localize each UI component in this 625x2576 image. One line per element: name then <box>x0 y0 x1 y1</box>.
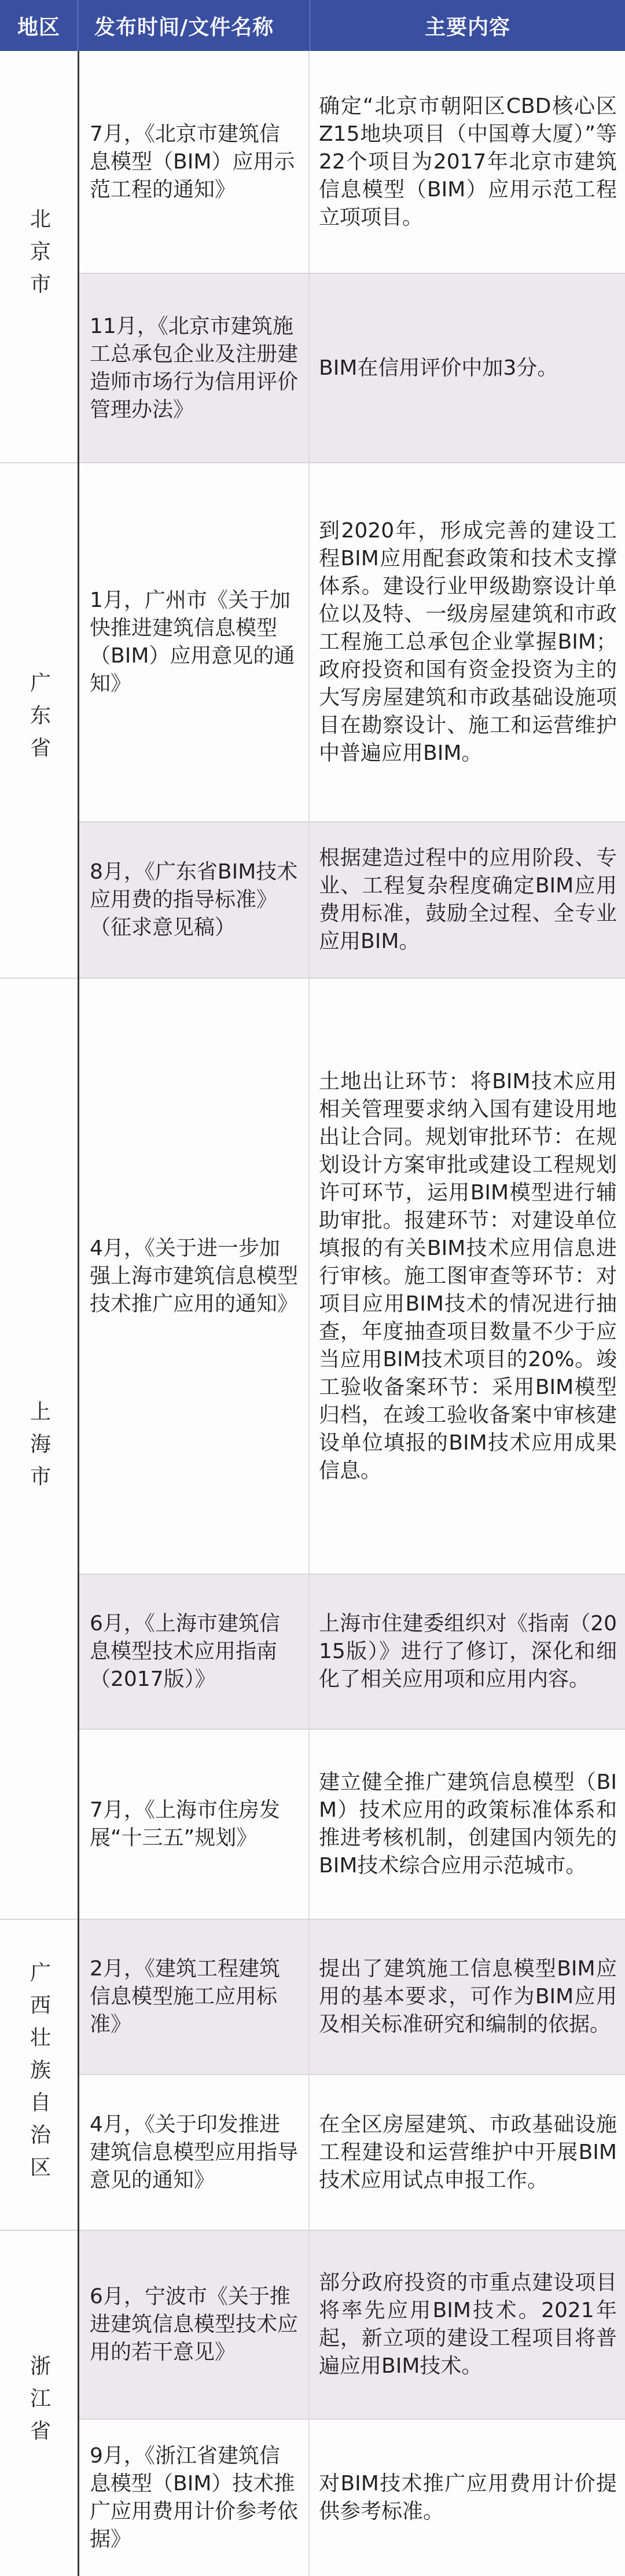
region-name: 广东省 <box>24 672 54 769</box>
document-cell: 11月，《北京市建筑施工总承包企业及注册建造师市场行为信用评价管理办法》 <box>79 274 310 462</box>
document-cell: 6月，《上海市建筑信息模型技术应用指南（2017版）》 <box>79 1575 310 1729</box>
table-row: 1月，广州市《关于加快推进建筑信息模型（BIM）应用意见的通知》 到2020年，… <box>79 463 625 822</box>
content-cell: 在全区房屋建筑、市政基础设施工程建设和运营维护中开展BIM技术应用试点申报工作。 <box>310 2075 625 2230</box>
region-guangdong: 广东省 1月，广州市《关于加快推进建筑信息模型（BIM）应用意见的通知》 到20… <box>0 463 625 979</box>
table-row: 4月，《关于印发推进建筑信息模型应用指导意见的通知》 在全区房屋建筑、市政基础设… <box>79 2075 625 2230</box>
content-cell: 根据建造过程中的应用阶段、专业、工程复杂程度确定BIM应用费用标准，鼓励全过程、… <box>310 822 625 978</box>
region-name: 上海市 <box>24 1400 54 1498</box>
region-shanghai: 上海市 4月，《关于进一步加强上海市建筑信息模型技术推广应用的通知》 土地出让环… <box>0 979 625 1920</box>
region-label: 广东省 <box>0 463 78 978</box>
document-cell: 7月，《北京市建筑信息模型（BIM）应用示范工程的通知》 <box>79 51 310 273</box>
region-label: 上海市 <box>0 979 78 1919</box>
content-cell: 上海市住建委组织对《指南（2015版）》进行了修订，深化和细化了相关应用项和应用… <box>310 1575 625 1729</box>
region-name: 浙江省 <box>24 2355 54 2452</box>
table-row: 2月，《建筑工程建筑信息模型施工应用标准》 提出了建筑施工信息模型BIM应用的基… <box>79 1920 625 2075</box>
document-cell: 1月，广州市《关于加快推进建筑信息模型（BIM）应用意见的通知》 <box>79 463 310 821</box>
table-row: 6月，宁波市《关于推进建筑信息模型技术应用的若干意见》 部分政府投资的市重点建设… <box>79 2231 625 2420</box>
document-cell: 9月，《浙江省建筑信息模型（BIM）技术推广应用费用计价参考依据》 <box>79 2420 310 2576</box>
document-cell: 2月，《建筑工程建筑信息模型施工应用标准》 <box>79 1920 310 2074</box>
region-zhejiang: 浙江省 6月，宁波市《关于推进建筑信息模型技术应用的若干意见》 部分政府投资的市… <box>0 2231 625 2576</box>
region-name: 北京市 <box>24 208 54 305</box>
content-cell: 对BIM技术推广应用费用计价提供参考标准。 <box>310 2420 625 2576</box>
document-cell: 8月，《广东省BIM技术应用费的指导标准》（征求意见稿） <box>79 822 310 978</box>
region-guangxi: 广西壮族自治区 2月，《建筑工程建筑信息模型施工应用标准》 提出了建筑施工信息模… <box>0 1920 625 2231</box>
header-region: 地区 <box>0 0 78 51</box>
content-cell: 确定“北京市朝阳区CBD核心区Z15地块项目（中国尊大厦）”等22个项目为201… <box>310 51 625 273</box>
region-label: 浙江省 <box>0 2231 78 2576</box>
document-cell: 7月，《上海市住房发展“十三五”规划》 <box>79 1730 310 1919</box>
region-name: 广西壮族自治区 <box>24 1962 54 2189</box>
table-row: 9月，《浙江省建筑信息模型（BIM）技术推广应用费用计价参考依据》 对BIM技术… <box>79 2420 625 2576</box>
region-label: 广西壮族自治区 <box>0 1920 78 2230</box>
content-cell: 土地出让环节：将BIM技术应用相关管理要求纳入国有建设用地出让合同。规划审批环节… <box>310 979 625 1574</box>
header-document: 发布时间/文件名称 <box>78 0 310 51</box>
content-cell: 建立健全推广建筑信息模型（BIM）技术应用的政策标准体系和推进考核机制，创建国内… <box>310 1730 625 1919</box>
region-beijing: 北京市 7月，《北京市建筑信息模型（BIM）应用示范工程的通知》 确定“北京市朝… <box>0 51 625 463</box>
table-row: 8月，《广东省BIM技术应用费的指导标准》（征求意见稿） 根据建造过程中的应用阶… <box>79 822 625 978</box>
table-row: 11月，《北京市建筑施工总承包企业及注册建造师市场行为信用评价管理办法》 BIM… <box>79 274 625 462</box>
content-cell: BIM在信用评价中加3分。 <box>310 274 625 462</box>
document-cell: 4月，《关于进一步加强上海市建筑信息模型技术推广应用的通知》 <box>79 979 310 1574</box>
content-cell: 部分政府投资的市重点建设项目将率先应用BIM技术。2021年起，新立项的建设工程… <box>310 2231 625 2418</box>
region-label: 北京市 <box>0 51 78 462</box>
table-row: 4月，《关于进一步加强上海市建筑信息模型技术推广应用的通知》 土地出让环节：将B… <box>79 979 625 1575</box>
content-cell: 到2020年，形成完善的建设工程BIM应用配套政策和技术支撑体系。建设行业甲级勘… <box>310 463 625 821</box>
table-row: 7月，《北京市建筑信息模型（BIM）应用示范工程的通知》 确定“北京市朝阳区CB… <box>79 51 625 274</box>
document-cell: 4月，《关于印发推进建筑信息模型应用指导意见的通知》 <box>79 2075 310 2230</box>
table-header: 地区 发布时间/文件名称 主要内容 <box>0 0 625 51</box>
bim-policy-table: 地区 发布时间/文件名称 主要内容 北京市 7月，《北京市建筑信息模型（BIM）… <box>0 0 625 2576</box>
table-row: 6月，《上海市建筑信息模型技术应用指南（2017版）》 上海市住建委组织对《指南… <box>79 1575 625 1730</box>
header-content: 主要内容 <box>310 0 625 51</box>
content-cell: 提出了建筑施工信息模型BIM应用的基本要求，可作为BIM应用及相关标准研究和编制… <box>310 1920 625 2074</box>
table-row: 7月，《上海市住房发展“十三五”规划》 建立健全推广建筑信息模型（BIM）技术应… <box>79 1730 625 1919</box>
document-cell: 6月，宁波市《关于推进建筑信息模型技术应用的若干意见》 <box>79 2231 310 2418</box>
